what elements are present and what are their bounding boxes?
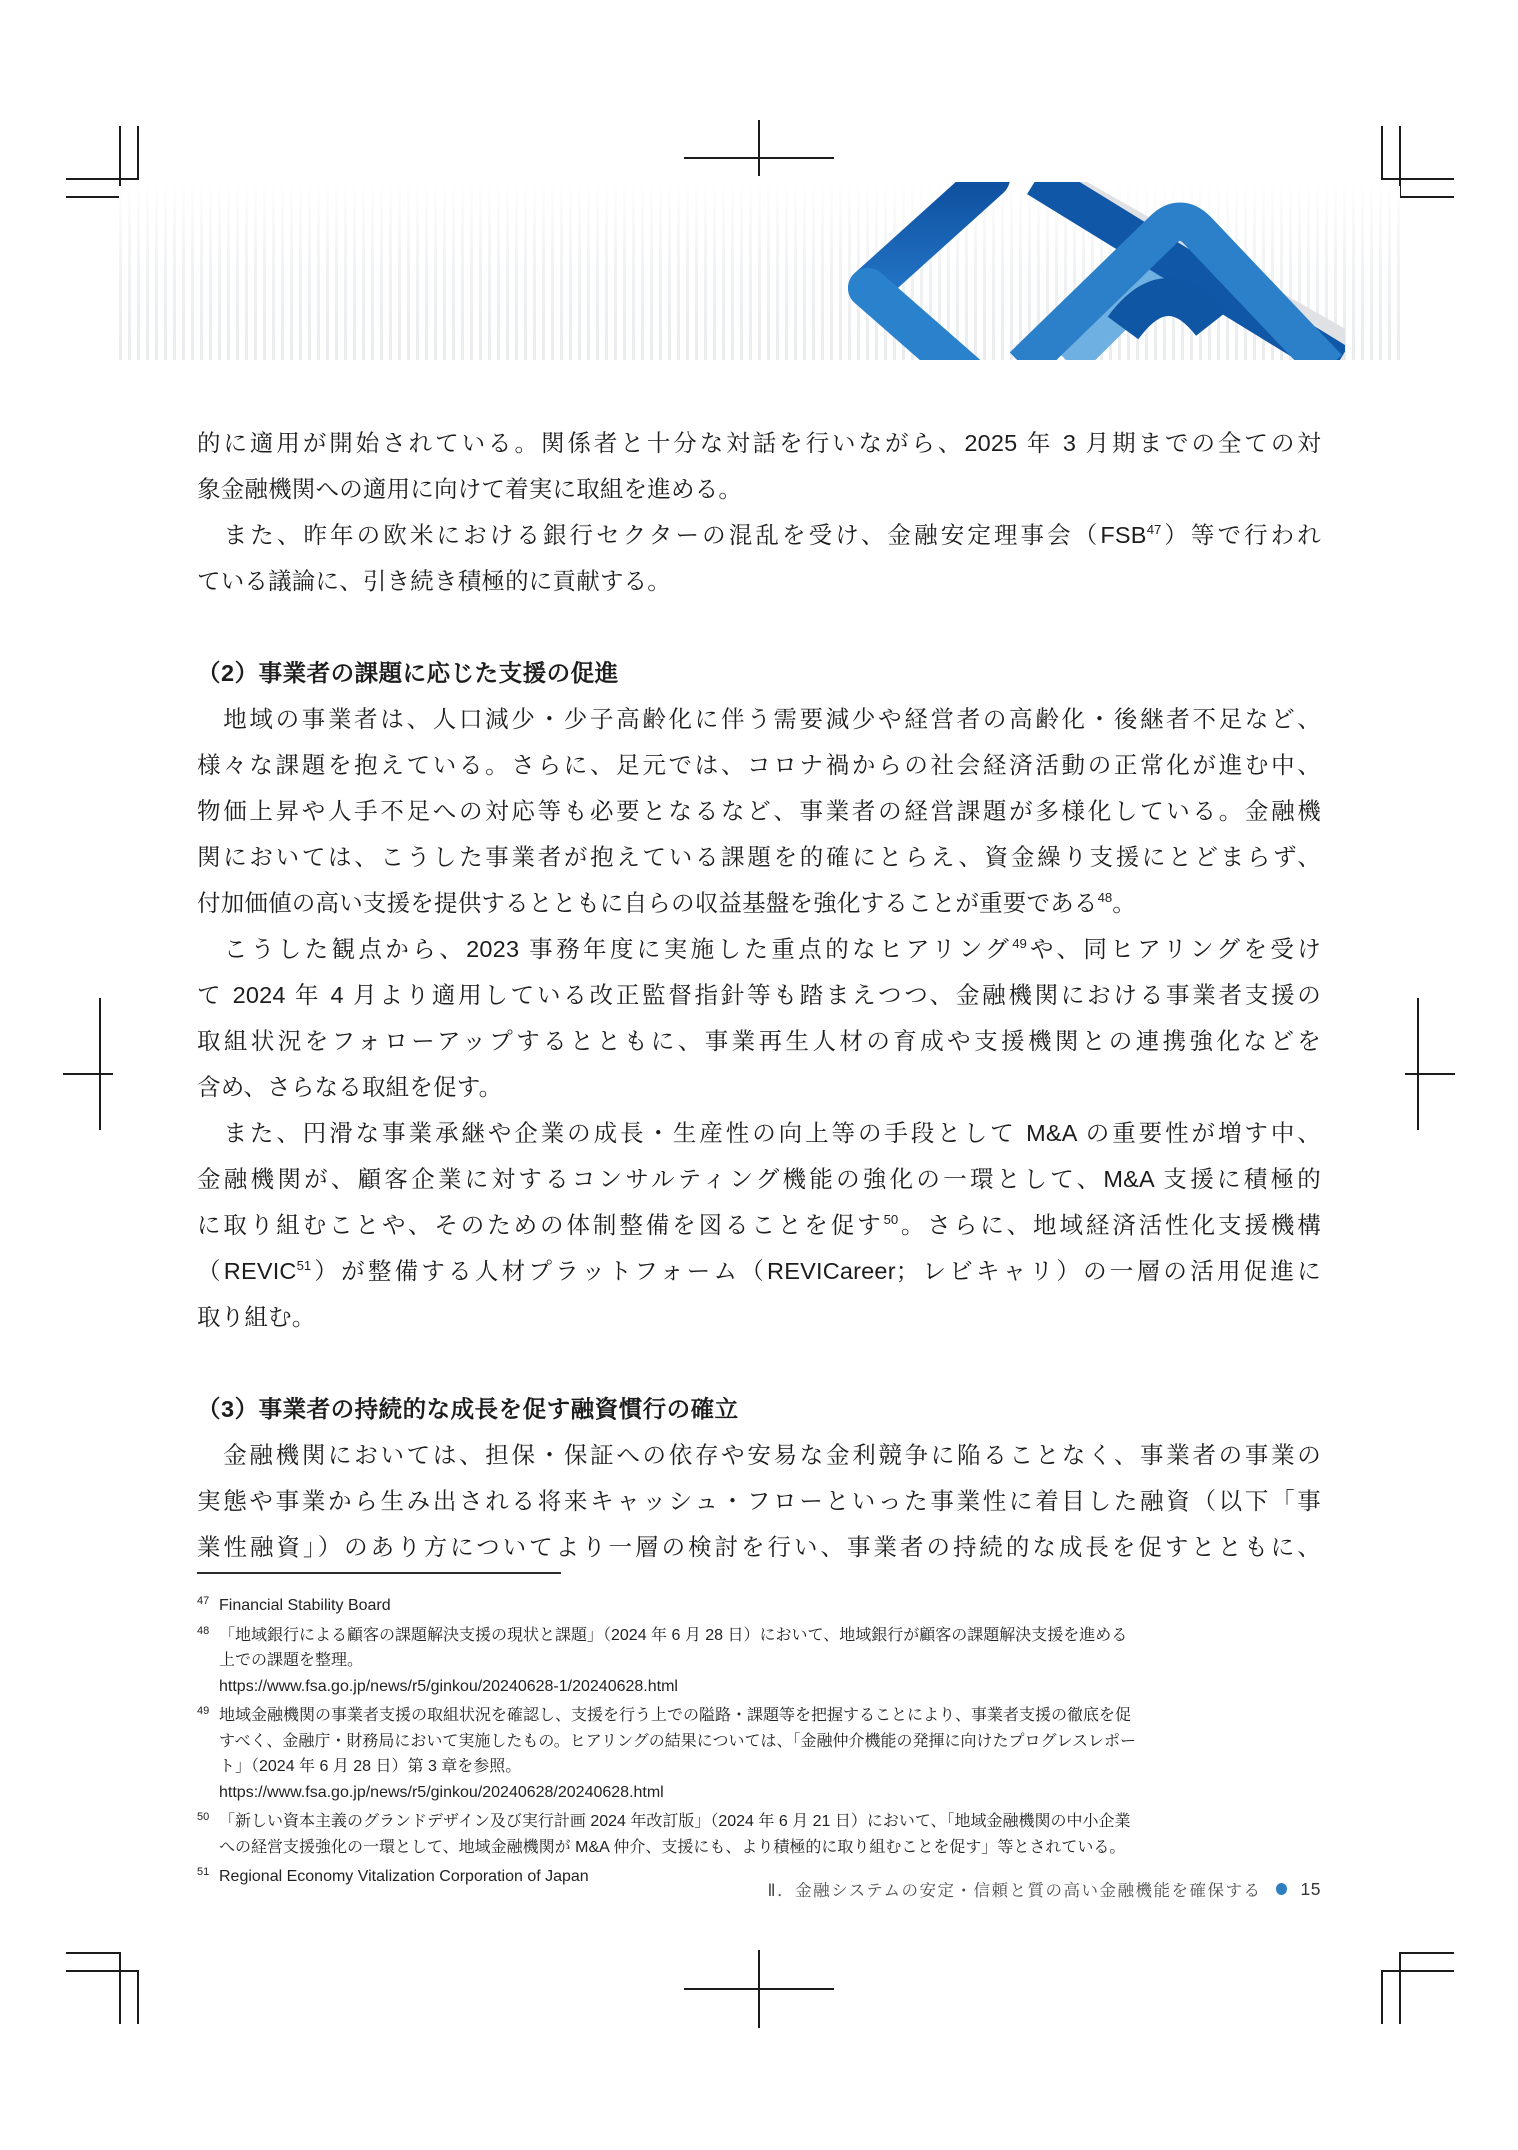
paragraph: 的に適用が開始されている。関係者と十分な対話を行いながら、2025 年 3 月期… bbox=[197, 420, 1321, 604]
text-line: 取組状況をフォローアップするとともに、事業再生人材の育成や支援機関との連携強化な… bbox=[197, 1018, 1321, 1064]
footnotes: 47Financial Stability Board 48「地域銀行による顧客… bbox=[197, 1589, 1321, 1890]
text-line: 様々な課題を抱えている。さらに、足元では、コロナ禍からの社会経済活動の正常化が進… bbox=[197, 742, 1321, 788]
paragraph: こうした観点から、2023 事務年度に実施した重点的なヒアリング49や、同ヒアリ… bbox=[197, 926, 1321, 1110]
footnote-text: Financial Stability Board bbox=[219, 1597, 391, 1614]
trim-mark-bottom-right bbox=[1399, 1952, 1454, 1954]
trim-mark-bottom-right bbox=[1399, 1952, 1401, 2024]
trim-mark-top-right bbox=[1381, 178, 1454, 180]
text-line: 含め、さらなる取組を促す。 bbox=[197, 1064, 1321, 1110]
text-line: 金融機関においては、担保・保証への依存や安易な金利競争に陥ることなく、事業者の事… bbox=[197, 1432, 1321, 1478]
footer-section-label: Ⅱ．金融システムの安定・信頼と質の高い金融機能を確保する bbox=[768, 1877, 1262, 1901]
interlocking-ribbon-logo-icon bbox=[845, 182, 1345, 360]
text-line: 地域の事業者は、人口減少・少子高齢化に伴う需要減少や経営者の高齢化・後継者不足な… bbox=[197, 696, 1321, 742]
trim-mark-left-center bbox=[63, 1073, 113, 1075]
footnote-number: 48 bbox=[197, 1619, 219, 1645]
text-line: 関においては、こうした事業者が抱えている課題を的確にとらえ、資金繰り支援にとどま… bbox=[197, 834, 1321, 880]
text-line: 象金融機関への適用に向けて着実に取組を進める。 bbox=[197, 466, 1321, 512]
footnote-number: 49 bbox=[197, 1699, 219, 1725]
trim-mark-bottom-left bbox=[137, 1970, 139, 2024]
trim-mark-top-left bbox=[137, 126, 139, 180]
section-heading-3: （3）事業者の持続的な成長を促す融資慣行の確立 bbox=[197, 1386, 1321, 1432]
trim-mark-top-left bbox=[66, 178, 139, 180]
footnote-text: 地域金融機関の事業者支援の取組状況を確認し、支援を行う上での隘路・課題等を把握す… bbox=[219, 1707, 1136, 1801]
text-line: に取り組むことや、そのための体制整備を図ることを促す50。さらに、地域経済活性化… bbox=[197, 1202, 1321, 1248]
trim-mark-top-left bbox=[66, 196, 121, 198]
footnote-ref: 48 bbox=[1098, 890, 1113, 905]
text-line: また、昨年の欧米における銀行セクターの混乱を受け、金融安定理事会（FSB47）等… bbox=[197, 512, 1321, 558]
footnote-text: 「地域銀行による顧客の課題解決支援の現状と課題」（2024 年 6 月 28 日… bbox=[219, 1627, 1127, 1695]
text-line: 的に適用が開始されている。関係者と十分な対話を行いながら、2025 年 3 月期… bbox=[197, 420, 1321, 466]
trim-mark-bottom-right bbox=[1381, 1970, 1383, 2024]
trim-mark-bottom-left bbox=[66, 1952, 121, 1954]
text-line: 付加価値の高い支援を提供するとともに自らの収益基盤を強化することが重要である48… bbox=[197, 880, 1321, 926]
trim-mark-right-center bbox=[1405, 1073, 1455, 1075]
footer-dot-icon bbox=[1276, 1883, 1287, 1895]
text-line: また、円滑な事業承継や企業の成長・生産性の向上等の手段として M&A の重要性が… bbox=[197, 1110, 1321, 1156]
trim-mark-right-center bbox=[1417, 998, 1419, 1130]
text-line: 業性融資」）のあり方についてより一層の検討を行い、事業者の持続的な成長を促すとと… bbox=[197, 1524, 1321, 1570]
text-line: 実態や事業から生み出される将来キャッシュ・フローといった事業性に着目した融資（以… bbox=[197, 1478, 1321, 1524]
footnote-ref: 51 bbox=[297, 1258, 312, 1273]
section-heading-2: （2）事業者の課題に応じた支援の促進 bbox=[197, 650, 1321, 696]
paragraph: 地域の事業者は、人口減少・少子高齢化に伴う需要減少や経営者の高齢化・後継者不足な… bbox=[197, 696, 1321, 926]
text-line: 金融機関が、顧客企業に対するコンサルティング機能の強化の一環として、M&A 支援… bbox=[197, 1156, 1321, 1202]
footnote-ref: 49 bbox=[1012, 936, 1027, 951]
footnote-49: 49地域金融機関の事業者支援の取組状況を確認し、支援を行う上での隘路・課題等を把… bbox=[197, 1699, 1321, 1805]
page-number: 15 bbox=[1301, 1879, 1321, 1900]
trim-mark-top-right bbox=[1381, 126, 1383, 180]
text-line: ている議論に、引き続き積極的に貢献する。 bbox=[197, 558, 1321, 604]
text-line: （REVIC51）が整備する人材プラットフォーム（REVICareer；レビキャ… bbox=[197, 1248, 1321, 1294]
text-line: こうした観点から、2023 事務年度に実施した重点的なヒアリング49や、同ヒアリ… bbox=[197, 926, 1321, 972]
footnote-ref: 47 bbox=[1147, 522, 1162, 537]
footnote-number: 47 bbox=[197, 1589, 219, 1615]
document-body: 的に適用が開始されている。関係者と十分な対話を行いながら、2025 年 3 月期… bbox=[197, 420, 1321, 1570]
text-line: 物価上昇や人手不足への対応等も必要となるなど、事業者の経営課題が多様化している。… bbox=[197, 788, 1321, 834]
footnote-ref: 50 bbox=[884, 1212, 899, 1227]
footnote-divider bbox=[197, 1572, 561, 1574]
footnote-50: 50「新しい資本主義のグランドデザイン及び実行計画 2024 年改訂版」（202… bbox=[197, 1805, 1321, 1860]
document-page: { "page": {"width": 1518, "height": 2150… bbox=[0, 0, 1518, 2150]
footnote-47: 47Financial Stability Board bbox=[197, 1589, 1321, 1619]
trim-mark-top-center bbox=[758, 120, 760, 176]
footnote-text: 「新しい資本主義のグランドデザイン及び実行計画 2024 年改訂版」（2024 … bbox=[219, 1813, 1131, 1856]
trim-mark-bottom-left bbox=[119, 1952, 121, 2024]
trim-mark-top-right bbox=[1399, 196, 1454, 198]
trim-mark-bottom-left bbox=[66, 1970, 139, 1972]
paragraph: 金融機関においては、担保・保証への依存や安易な金利競争に陥ることなく、事業者の事… bbox=[197, 1432, 1321, 1570]
trim-mark-bottom-right bbox=[1381, 1970, 1454, 1972]
trim-mark-top-center bbox=[684, 157, 834, 159]
footnote-number: 50 bbox=[197, 1805, 219, 1831]
trim-mark-left-center bbox=[99, 998, 101, 1130]
page-footer: Ⅱ．金融システムの安定・信頼と質の高い金融機能を確保する 15 bbox=[197, 1876, 1321, 1902]
footnote-48: 48「地域銀行による顧客の課題解決支援の現状と課題」（2024 年 6 月 28… bbox=[197, 1619, 1321, 1700]
paragraph: また、円滑な事業承継や企業の成長・生産性の向上等の手段として M&A の重要性が… bbox=[197, 1110, 1321, 1340]
text-line: 取り組む。 bbox=[197, 1294, 1321, 1340]
trim-mark-bottom-center bbox=[684, 1988, 834, 1990]
text-line: て 2024 年 4 月より適用している改正監督指針等も踏まえつつ、金融機関にお… bbox=[197, 972, 1321, 1018]
